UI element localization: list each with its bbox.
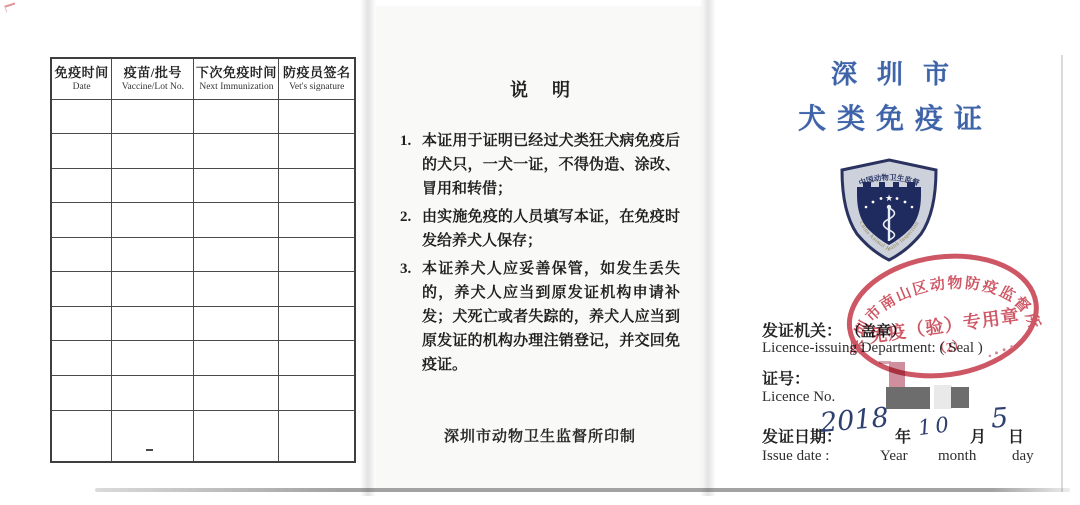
instructions-panel: 说明 1. 本证用于证明已经过犬类狂犬病免疫后的犬只，一犬一证，不得伪造、涂改、… (392, 68, 688, 478)
month-unit: 月 (970, 424, 986, 447)
column-header-vet-signature: 防疫员签名 Vet's signature (279, 58, 355, 99)
handwritten-day: 5 (990, 402, 1009, 434)
empty-cell (279, 306, 355, 341)
empty-cell (194, 306, 279, 341)
instruction-number: 2. (400, 205, 422, 253)
empty-cell (51, 134, 112, 169)
column-header-zh: 防疫员签名 (279, 65, 354, 81)
column-header-en: Vaccine/Lot No. (112, 81, 193, 93)
empty-cell (279, 410, 355, 462)
column-header-date: 免疫时间 Date (51, 58, 112, 99)
china-animal-health-supervision-emblem-icon: 中国动物卫生监督 ★ China Animal Health Inspectio… (833, 157, 945, 263)
issue-date-label-en: Issue date : (762, 448, 829, 465)
empty-cell (279, 134, 355, 169)
empty-cell (112, 341, 194, 376)
column-header-en: Next Immunization (194, 81, 278, 93)
empty-cell (112, 99, 194, 134)
empty-cell (51, 410, 112, 462)
red-office-seal: 深圳市南山区动物防疫监督所 免疫（验）专用章 （2） (832, 234, 1053, 399)
empty-cell (279, 376, 355, 411)
column-header-zh: 下次免疫时间 (194, 65, 278, 81)
instruction-item: 2. 由实施免疫的人员填写本证，在免疫时发给养犬人保存； (400, 205, 684, 253)
empty-cell (51, 99, 112, 134)
issue-date-en-year: Year (880, 448, 908, 465)
empty-cell (194, 237, 279, 272)
instruction-item: 3. 本证养犬人应妥善保管，如发生丢失的，养犬人应当到原发证机构申请补发；犬死亡… (400, 257, 684, 377)
immunization-record-table: 免疫时间 Date 疫苗/批号 Vaccine/Lot No. 下次免疫时间 N… (50, 57, 356, 463)
instructions-list: 1. 本证用于证明已经过犬类狂犬病免疫后的犬只，一犬一证，不得伪造、涂改、冒用和… (400, 129, 684, 381)
empty-cell (51, 341, 112, 376)
empty-cell (194, 272, 279, 307)
cover-title-city: 深圳市 (715, 54, 1065, 91)
issue-date-en-day: day (1012, 448, 1034, 465)
table-row (51, 376, 355, 411)
empty-cell (112, 410, 194, 462)
year-unit: 年 (895, 424, 911, 447)
instruction-item: 1. 本证用于证明已经过犬类狂犬病免疫后的犬只，一犬一证，不得伪造、涂改、冒用和… (400, 129, 684, 201)
empty-cell (279, 341, 355, 376)
cover-title-certificate: 犬类免疫证 (715, 97, 1065, 137)
instruction-text: 本证用于证明已经过犬类狂犬病免疫后的犬只，一犬一证，不得伪造、涂改、冒用和转借； (422, 129, 680, 201)
empty-cell (194, 341, 279, 376)
empty-cell (112, 376, 194, 411)
empty-cell (51, 306, 112, 341)
empty-cell (194, 410, 279, 462)
table-row (51, 272, 355, 307)
day-unit: 日 (1008, 424, 1024, 447)
issue-date-en-month: month (938, 448, 976, 465)
instruction-text: 本证养犬人应妥善保管，如发生丢失的，养犬人应当到原发证机构申请补发；犬死亡或者失… (422, 257, 680, 377)
empty-cell (194, 134, 279, 169)
column-header-en: Date (52, 81, 111, 93)
scan-artifact (4, 2, 17, 12)
redaction-block (951, 387, 969, 408)
table-row (51, 237, 355, 272)
instructions-title: 说明 (392, 76, 688, 102)
table-header-row: 免疫时间 Date 疫苗/批号 Vaccine/Lot No. 下次免疫时间 N… (51, 58, 355, 99)
table-row (51, 306, 355, 341)
column-header-zh: 免疫时间 (52, 65, 111, 81)
certificate-scan: 免疫时间 Date 疫苗/批号 Vaccine/Lot No. 下次免疫时间 N… (0, 0, 1080, 505)
licence-no-label-en: Licence No. (762, 389, 835, 406)
empty-cell (279, 272, 355, 307)
empty-cell (279, 168, 355, 203)
empty-cell (279, 203, 355, 238)
printer-imprint: 深圳市动物卫生监督所印制 (392, 425, 688, 446)
empty-cell (51, 237, 112, 272)
instruction-number: 3. (400, 257, 422, 377)
empty-cell (112, 203, 194, 238)
column-header-vaccine: 疫苗/批号 Vaccine/Lot No. (112, 58, 194, 99)
table-row (51, 203, 355, 238)
table-row (51, 341, 355, 376)
empty-cell (51, 272, 112, 307)
empty-cell (112, 134, 194, 169)
cover-panel: 深圳市 犬类免疫证 中国动物卫生监督 ★ China Animal Health… (715, 0, 1065, 505)
seal-sub-text: （2） (932, 337, 966, 356)
empty-cell (194, 376, 279, 411)
empty-cell (112, 272, 194, 307)
empty-cell (194, 203, 279, 238)
empty-cell (51, 203, 112, 238)
immunization-table-body (51, 99, 355, 462)
column-header-en: Vet's signature (279, 81, 354, 93)
table-row (51, 410, 355, 462)
empty-cell (194, 168, 279, 203)
issuer-label-text: 发证机关： (762, 323, 842, 340)
instruction-text: 由实施免疫的人员填写本证，在免疫时发给养犬人保存； (422, 205, 680, 253)
handwritten-month: 10 (917, 412, 954, 440)
table-row (51, 134, 355, 169)
licence-no-label-zh: 证号： (762, 366, 810, 389)
scan-artifact (146, 449, 153, 451)
empty-cell (112, 237, 194, 272)
emblem-star-icon: ★ (885, 193, 893, 203)
empty-cell (51, 376, 112, 411)
empty-cell (112, 306, 194, 341)
empty-cell (51, 168, 112, 203)
handwritten-year: 2018 (819, 402, 890, 439)
table-row (51, 168, 355, 203)
instruction-number: 1. (400, 129, 422, 201)
column-header-zh: 疫苗/批号 (112, 65, 193, 81)
column-header-next-immunization: 下次免疫时间 Next Immunization (194, 58, 279, 99)
empty-cell (279, 237, 355, 272)
fold-line-right (700, 0, 716, 496)
fold-line-left (360, 0, 376, 496)
redaction-block (934, 385, 952, 409)
empty-cell (112, 168, 194, 203)
empty-cell (279, 99, 355, 134)
empty-cell (194, 99, 279, 134)
table-row (51, 99, 355, 134)
